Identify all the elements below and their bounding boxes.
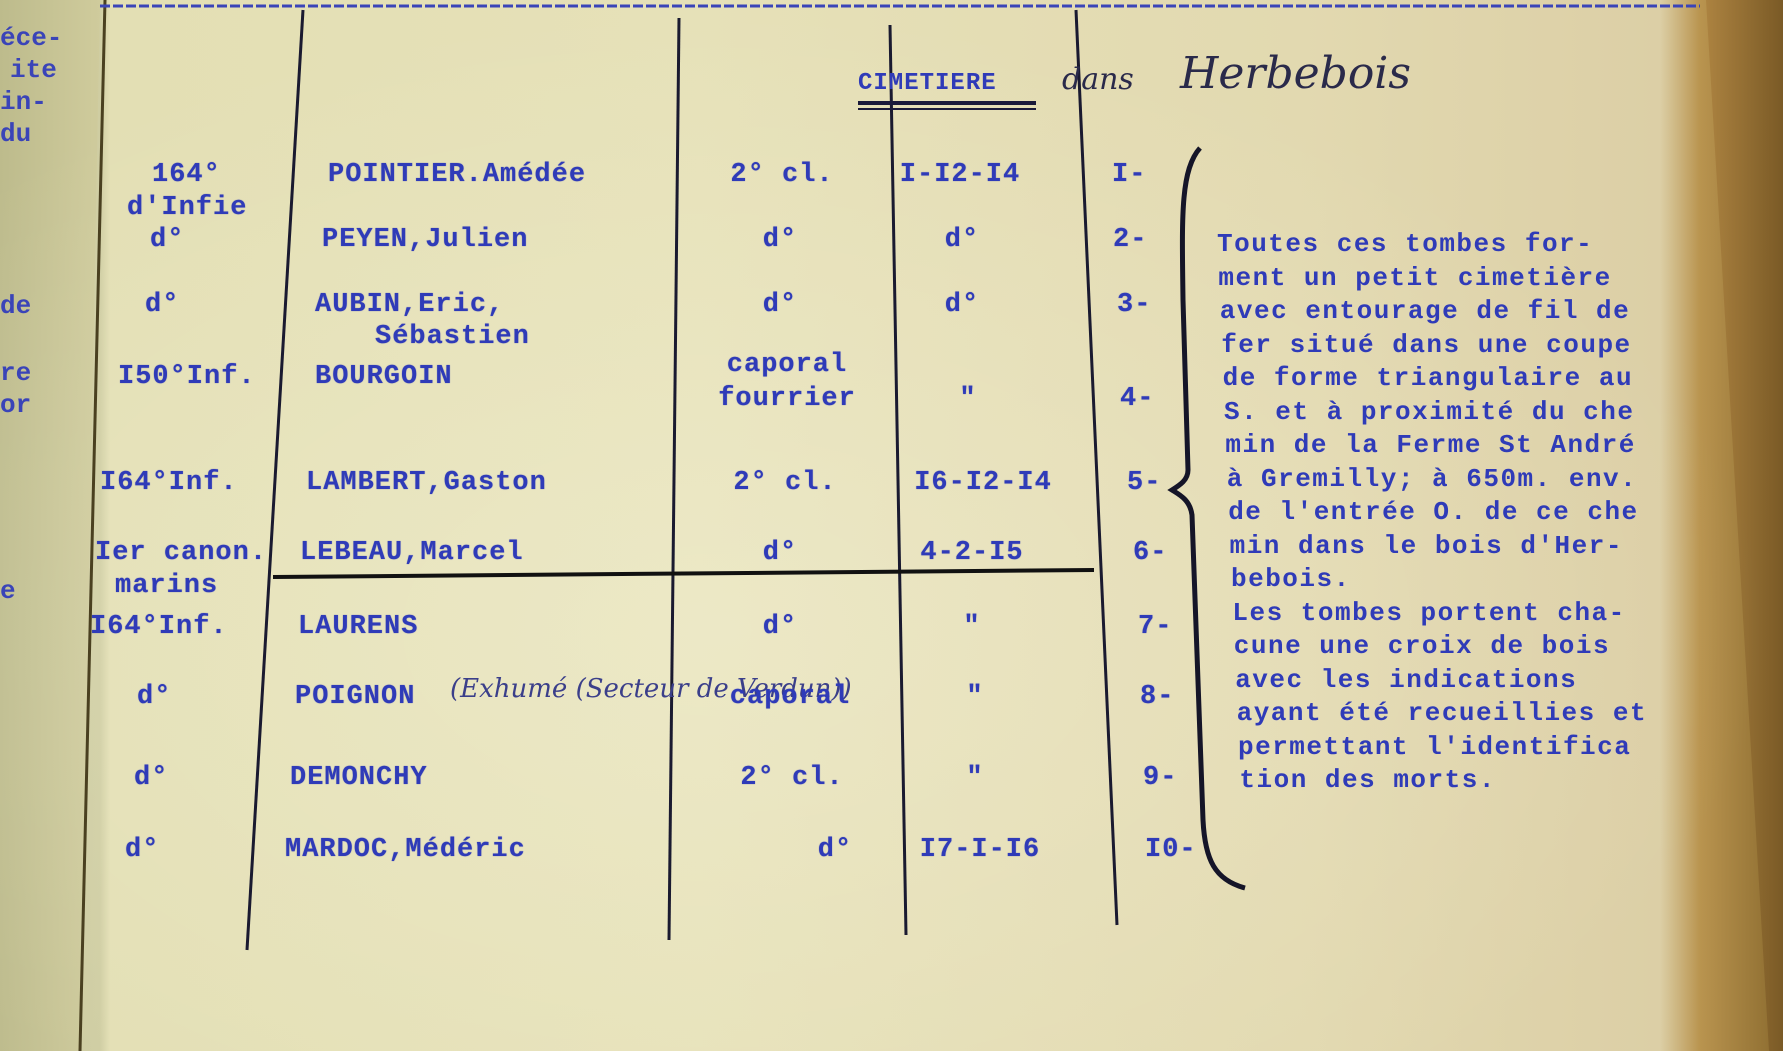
note-line: ment un petit cimetière [1218,262,1647,296]
note-line: ayant été recueillies et [1237,697,1647,731]
margin-fragment: du [0,118,31,150]
note-line: de forme triangulaire au [1223,362,1647,396]
date-cell: d° [945,290,979,320]
name-cell: Sébastien [375,322,530,352]
rank-cell: caporal [730,682,850,712]
rank-cell: d° [763,538,797,568]
note-line: fer situé dans une coupe [1221,329,1647,363]
name-cell: LAMBERT,Gaston [306,468,547,498]
column-rule-4 [1076,10,1117,925]
name-cell: POIGNON [295,682,415,712]
margin-fragment: e [0,575,16,607]
name-cell: LAURENS [298,612,418,642]
handwritten-place: Herbebois [1180,48,1411,99]
title-underline-thin [858,108,1036,110]
name-cell: PEYEN,Julien [322,225,528,255]
rank-cell: 2° cl. [740,763,843,793]
note-line: Les tombes portent cha- [1232,597,1647,631]
note-line: à Gremilly; à 650m. env. [1227,463,1647,497]
note-line: min dans le bois d'Her- [1230,530,1647,564]
note-line: tion des morts. [1239,764,1647,798]
date-cell: I7-I-I6 [920,835,1040,865]
grave-number: 3- [1117,290,1151,320]
grave-number: 2- [1113,225,1147,255]
note-line: permettant l'identifica [1238,731,1647,765]
name-cell: LEBEAU,Marcel [300,538,524,568]
unit-cell: d'Infie [127,193,247,223]
date-cell: " [966,763,983,793]
cemetery-note: Toutes ces tombes for-ment un petit cime… [1217,228,1647,798]
margin-fragment: or [0,389,31,421]
date-cell: d° [945,225,979,255]
rank-cell: d° [818,835,852,865]
unit-cell: I64°Inf. [90,612,228,642]
rank-cell: caporal [727,350,847,380]
rank-cell: 2° cl. [733,468,836,498]
date-cell: " [959,384,976,414]
unit-cell: I64°Inf. [100,468,238,498]
unit-cell: marins [115,571,218,601]
grave-number: 5- [1127,468,1161,498]
grave-number: 6- [1133,538,1167,568]
note-line: cune une croix de bois [1234,630,1647,664]
margin-fragment: éce- [0,22,62,54]
margin-fragment: ite [10,54,57,86]
note-line: de l'entrée O. de ce che [1228,496,1647,530]
column-rule-1 [247,10,303,950]
name-cell: BOURGOIN [315,362,453,392]
grave-number: I- [1112,160,1146,190]
grave-number: 7- [1138,612,1172,642]
note-line: bebois. [1231,563,1647,597]
date-cell: " [966,682,983,712]
note-line: min de la Ferme St André [1225,429,1647,463]
grave-number: I0- [1145,835,1197,865]
note-line: avec entourage de fil de [1220,295,1647,329]
unit-cell: d° [150,225,184,255]
unit-cell: Ier canon. [95,538,267,568]
page-title: CIMETIERE [858,70,997,97]
date-cell: I-I2-I4 [900,160,1020,190]
title-underline [858,101,1036,105]
name-cell: MARDOC,Médéric [285,835,526,865]
handwritten-dans: dans [1062,62,1134,97]
rank-cell: fourrier [718,384,856,414]
rank-cell: 2° cl. [730,160,833,190]
column-rule-2 [669,18,679,940]
note-line: avec les indications [1235,664,1647,698]
rank-cell: d° [763,290,797,320]
date-cell: I6-I2-I4 [914,468,1052,498]
unit-cell: d° [137,682,171,712]
rank-cell: d° [763,612,797,642]
unit-cell: I50°Inf. [118,362,256,392]
unit-cell: d° [134,763,168,793]
unit-cell: 164° [152,160,221,190]
note-line: Toutes ces tombes for- [1217,228,1647,262]
name-cell: DEMONCHY [290,763,428,793]
row-separator [273,570,1094,577]
margin-fragment: in- [0,86,47,118]
unit-cell: d° [145,290,179,320]
page-fold [80,0,105,1051]
rank-cell: d° [763,225,797,255]
grave-number: 8- [1140,682,1174,712]
unit-cell: d° [125,835,159,865]
margin-fragment: re [0,357,31,389]
grave-number: 4- [1120,384,1154,414]
grave-number: 9- [1143,763,1177,793]
note-line: S. et à proximité du che [1224,396,1647,430]
date-cell: " [963,612,980,642]
name-cell: AUBIN,Eric, [315,290,504,320]
margin-fragment: de [0,290,31,322]
date-cell: 4-2-I5 [920,538,1023,568]
name-cell: POINTIER.Amédée [328,160,586,190]
